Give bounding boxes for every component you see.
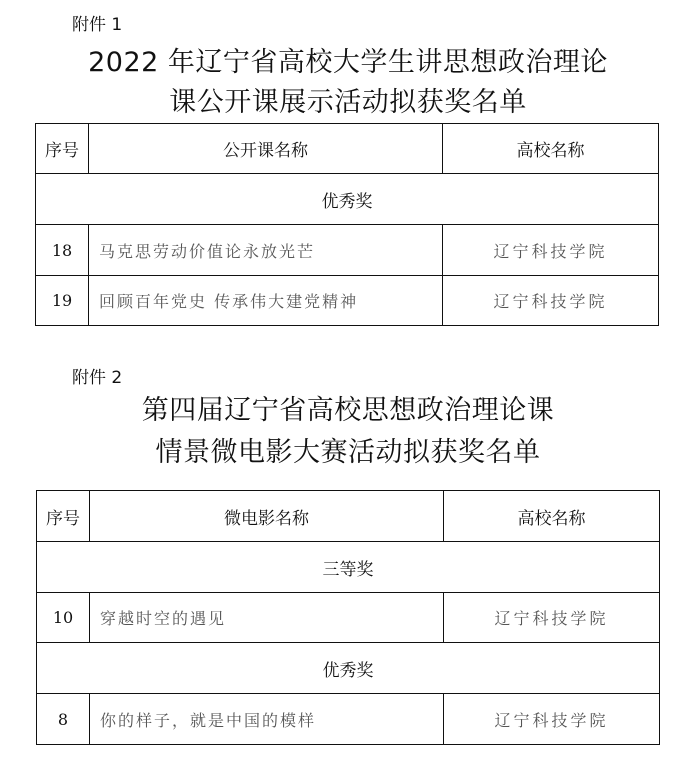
- attachment-2-label: 附件 2: [72, 363, 122, 388]
- table-row: 8 你的样子，就是中国的模样 辽宁科技学院: [37, 694, 660, 745]
- row-course-name: 回顾百年党史 传承伟大建党精神: [89, 276, 443, 326]
- header-no: 序号: [36, 124, 89, 174]
- row-school: 辽宁科技学院: [443, 225, 659, 276]
- row-school: 辽宁科技学院: [443, 276, 659, 326]
- attachment-1-label: 附件 1: [72, 10, 122, 35]
- award-group-row: 优秀奖: [37, 643, 660, 694]
- row-film-name: 你的样子，就是中国的模样: [90, 694, 444, 745]
- header-school-name: 高校名称: [444, 491, 660, 542]
- attachment-1-title-line-2: 课公开课展示活动拟获奖名单: [0, 86, 696, 120]
- award-group-row: 三等奖: [37, 542, 660, 593]
- row-no: 8: [37, 694, 90, 745]
- row-course-name: 马克思劳动价值论永放光芒: [89, 225, 443, 276]
- table-header-row: 序号 微电影名称 高校名称: [37, 491, 660, 542]
- header-course-name: 公开课名称: [89, 124, 443, 174]
- award-group-row: 优秀奖: [36, 174, 659, 225]
- attachment-2-title-line-2: 情景微电影大赛活动拟获奖名单: [0, 436, 696, 470]
- attachment-1-title-line-1: 2022 年辽宁省高校大学生讲思想政治理论: [0, 46, 696, 80]
- row-school: 辽宁科技学院: [444, 593, 660, 643]
- attachment-2-table: 序号 微电影名称 高校名称 三等奖 10 穿越时空的遇见 辽宁科技学院 优秀奖 …: [36, 490, 660, 745]
- header-school-name: 高校名称: [443, 124, 659, 174]
- row-no: 19: [36, 276, 89, 326]
- header-film-name: 微电影名称: [90, 491, 444, 542]
- award-label: 优秀奖: [36, 174, 659, 225]
- table-row: 19 回顾百年党史 传承伟大建党精神 辽宁科技学院: [36, 276, 659, 326]
- award-label: 三等奖: [37, 542, 660, 593]
- table-header-row: 序号 公开课名称 高校名称: [36, 124, 659, 174]
- table-row: 18 马克思劳动价值论永放光芒 辽宁科技学院: [36, 225, 659, 276]
- attachment-1-table: 序号 公开课名称 高校名称 优秀奖 18 马克思劳动价值论永放光芒 辽宁科技学院…: [35, 123, 659, 326]
- attachment-2-title-line-1: 第四届辽宁省高校思想政治理论课: [0, 394, 696, 428]
- row-no: 18: [36, 225, 89, 276]
- table-row: 10 穿越时空的遇见 辽宁科技学院: [37, 593, 660, 643]
- row-film-name: 穿越时空的遇见: [90, 593, 444, 643]
- header-no: 序号: [37, 491, 90, 542]
- award-label: 优秀奖: [37, 643, 660, 694]
- row-no: 10: [37, 593, 90, 643]
- row-school: 辽宁科技学院: [444, 694, 660, 745]
